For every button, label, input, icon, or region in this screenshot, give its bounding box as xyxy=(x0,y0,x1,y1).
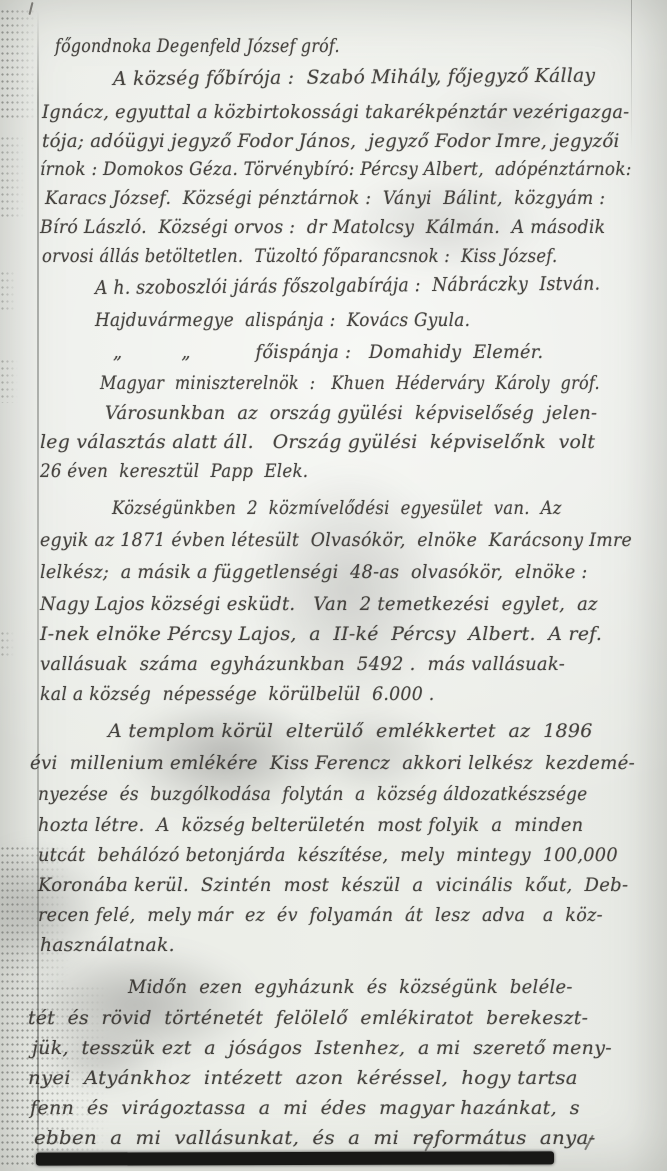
manuscript-line: recen felé, mely már ez év folyamán át l… xyxy=(38,903,603,927)
manuscript-line: Községünkben 2 közmívelődési egyesület v… xyxy=(112,496,562,520)
manuscript-line: nyei Atyánkhoz intézett azon kéréssel, h… xyxy=(28,1066,578,1090)
manuscript-line: fenn és virágoztassa a mi édes magyar ha… xyxy=(30,1096,580,1120)
manuscript-line: Ignácz, egyuttal a közbirtokossági takar… xyxy=(42,100,629,124)
manuscript-line: Bíró László. Községi orvos : dr Matolcsy… xyxy=(40,215,605,239)
noise-texture xyxy=(0,358,18,403)
manuscript-line: I-nek elnöke Pércsy Lajos, a II-ké Pércs… xyxy=(40,622,602,646)
manuscript-line: hozta létre. A község belterületén most … xyxy=(38,813,583,837)
manuscript-line: Magyar miniszterelnök : Khuen Héderváry … xyxy=(100,371,600,395)
scan-edge-line-right xyxy=(631,0,632,150)
manuscript-line: A templom körül elterülő emlékkertet az … xyxy=(108,719,593,743)
manuscript-line: ebben a mi vallásunkat, és a mi reformát… xyxy=(34,1126,596,1150)
scan-black-bar xyxy=(36,1151,554,1165)
manuscript-line: évi millenium emlékére Kiss Ferencz akko… xyxy=(30,751,635,775)
noise-texture xyxy=(0,270,16,310)
manuscript-line: 26 éven keresztül Papp Elek. xyxy=(40,459,308,483)
manuscript-line: Midőn ezen egyházunk és községünk beléle… xyxy=(128,975,573,999)
manuscript-line: utcát behálózó betonjárda készítése, mel… xyxy=(38,843,618,867)
manuscript-line: főgondnoka Degenfeld József gróf. xyxy=(55,34,340,58)
manuscript-line: nyezése és buzgólkodása folytán a község… xyxy=(38,782,587,806)
manuscript-line: használatnak. xyxy=(40,933,175,957)
manuscript-line: Hajduvármegye alispánja : Kovács Gyula. xyxy=(95,308,470,332)
manuscript-line: egyik az 1871 évben létesült Olvasókör, … xyxy=(40,528,632,552)
manuscript-line: A község főbírója : Szabó Mihály, főjegy… xyxy=(113,64,595,91)
manuscript-line: vallásuak száma egyházunkban 5492 . más … xyxy=(40,652,565,676)
manuscript-line: Karacs József. Községi pénztárnok : Vány… xyxy=(45,186,605,210)
manuscript-line: jük, tesszük ezt a jóságos Istenhez, a m… xyxy=(32,1036,612,1060)
manuscript-line: Nagy Lajos községi esküdt. Van 2 temetke… xyxy=(40,592,598,616)
manuscript-line: Koronába kerül. Szintén most készül a vi… xyxy=(38,873,628,897)
noise-texture xyxy=(0,630,14,660)
manuscript-line: tét és rövid történetét felölelő emlékir… xyxy=(28,1006,588,1030)
manuscript-line: lelkész; a másik a függetlenségi 48-as o… xyxy=(40,560,588,584)
noise-texture xyxy=(0,8,38,118)
manuscript-line: A h. szoboszlói járás főszolgabírája : N… xyxy=(95,272,600,300)
manuscript-line: írnok : Domokos Géza. Törvénybíró: Pércs… xyxy=(40,157,632,181)
manuscript-line: „ „ főispánja : Domahidy Elemér. xyxy=(113,340,543,364)
scanned-manuscript-page: főgondnoka Degenfeld József gróf. A közs… xyxy=(0,0,667,1171)
manuscript-line: Városunkban az ország gyülési képviselős… xyxy=(105,401,597,425)
manuscript-line: orvosi állás betöltetlen. Tüzoltó főpara… xyxy=(42,244,558,268)
manuscript-line: tója; adóügyi jegyző Fodor János, jegyző… xyxy=(42,129,620,153)
manuscript-line: kal a község népessége körülbelül 6.000 … xyxy=(40,682,435,706)
manuscript-line: leg választás alatt áll. Ország gyülési … xyxy=(40,430,595,454)
noise-texture xyxy=(0,135,24,220)
